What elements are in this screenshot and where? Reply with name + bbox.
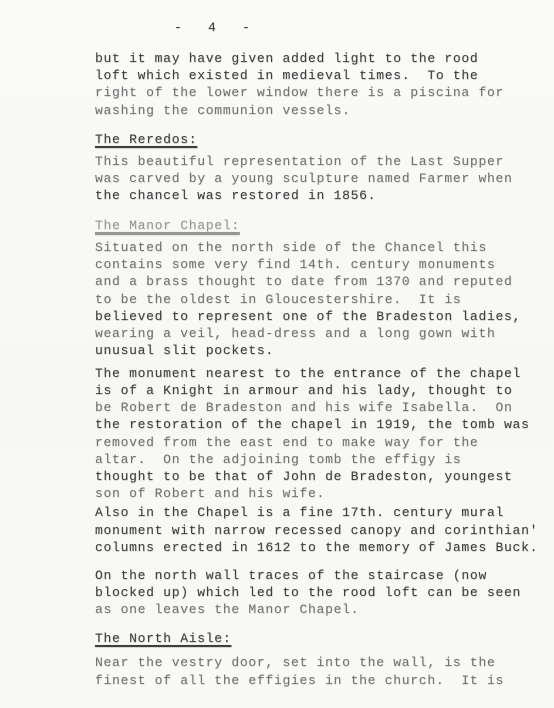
text-line: but it may have given added light to the… bbox=[95, 50, 540, 67]
paragraph-manor-chapel-intro: Situated on the north side of the Chance… bbox=[95, 239, 540, 359]
text-line: The monument nearest to the entrance of … bbox=[95, 365, 540, 382]
document-body: but it may have given added light to the… bbox=[95, 50, 540, 689]
paragraph-reredos: This beautiful representation of the Las… bbox=[95, 153, 540, 205]
heading-manor-chapel: The Manor Chapel: bbox=[95, 217, 240, 234]
text-line: is of a Knight in armour and his lady, t… bbox=[95, 382, 540, 399]
heading-reredos: The Reredos: bbox=[95, 131, 197, 148]
text-line: blocked up) which led to the rood loft c… bbox=[95, 584, 540, 601]
heading-north-aisle: The North Aisle: bbox=[95, 630, 231, 647]
text-line: to be the oldest in Gloucestershire. It … bbox=[95, 291, 540, 308]
text-line: son of Robert and his wife. bbox=[95, 485, 540, 502]
text-line: and a brass thought to date from 1370 an… bbox=[95, 273, 540, 290]
text-line: washing the communion vessels. bbox=[95, 102, 540, 119]
paragraph-knight-monument: The monument nearest to the entrance of … bbox=[95, 365, 540, 503]
text-line: thought to be that of John de Bradeston,… bbox=[95, 468, 540, 485]
text-line: the chancel was restored in 1856. bbox=[95, 187, 540, 204]
paragraph-rood-loft: but it may have given added light to the… bbox=[95, 50, 540, 119]
text-line: altar. On the adjoining tomb the effigy … bbox=[95, 451, 540, 468]
text-line: right of the lower window there is a pis… bbox=[95, 84, 540, 101]
page-number: - 4 - bbox=[174, 20, 251, 35]
text-line: loft which existed in medieval times. To… bbox=[95, 67, 540, 84]
text-line: unusual slit pockets. bbox=[95, 342, 540, 359]
text-line: columns erected in 1612 to the memory of… bbox=[95, 539, 540, 556]
text-line: Near the vestry door, set into the wall,… bbox=[95, 654, 540, 671]
paragraph-north-aisle: Near the vestry door, set into the wall,… bbox=[95, 654, 540, 688]
text-line: Also in the Chapel is a fine 17th. centu… bbox=[95, 504, 540, 521]
text-line: believed to represent one of the Bradest… bbox=[95, 308, 540, 325]
text-line: removed from the east end to make way fo… bbox=[95, 434, 540, 451]
text-line: be Robert de Bradeston and his wife Isab… bbox=[95, 399, 540, 416]
text-line: wearing a veil, head-dress and a long go… bbox=[95, 325, 540, 342]
document-page: - 4 - but it may have given added light … bbox=[0, 0, 554, 708]
text-line: the restoration of the chapel in 1919, t… bbox=[95, 416, 540, 433]
text-line: Situated on the north side of the Chance… bbox=[95, 239, 540, 256]
text-line: On the north wall traces of the staircas… bbox=[95, 567, 540, 584]
text-line: as one leaves the Manor Chapel. bbox=[95, 601, 540, 618]
text-line: monument with narrow recessed canopy and… bbox=[95, 522, 540, 539]
paragraph-staircase: On the north wall traces of the staircas… bbox=[95, 567, 540, 619]
paragraph-mural-monument: Also in the Chapel is a fine 17th. centu… bbox=[95, 504, 540, 556]
text-line: This beautiful representation of the Las… bbox=[95, 153, 540, 170]
text-line: contains some very find 14th. century mo… bbox=[95, 256, 540, 273]
text-line: finest of all the effigies in the church… bbox=[95, 672, 540, 689]
text-line: was carved by a young sculpture named Fa… bbox=[95, 170, 540, 187]
